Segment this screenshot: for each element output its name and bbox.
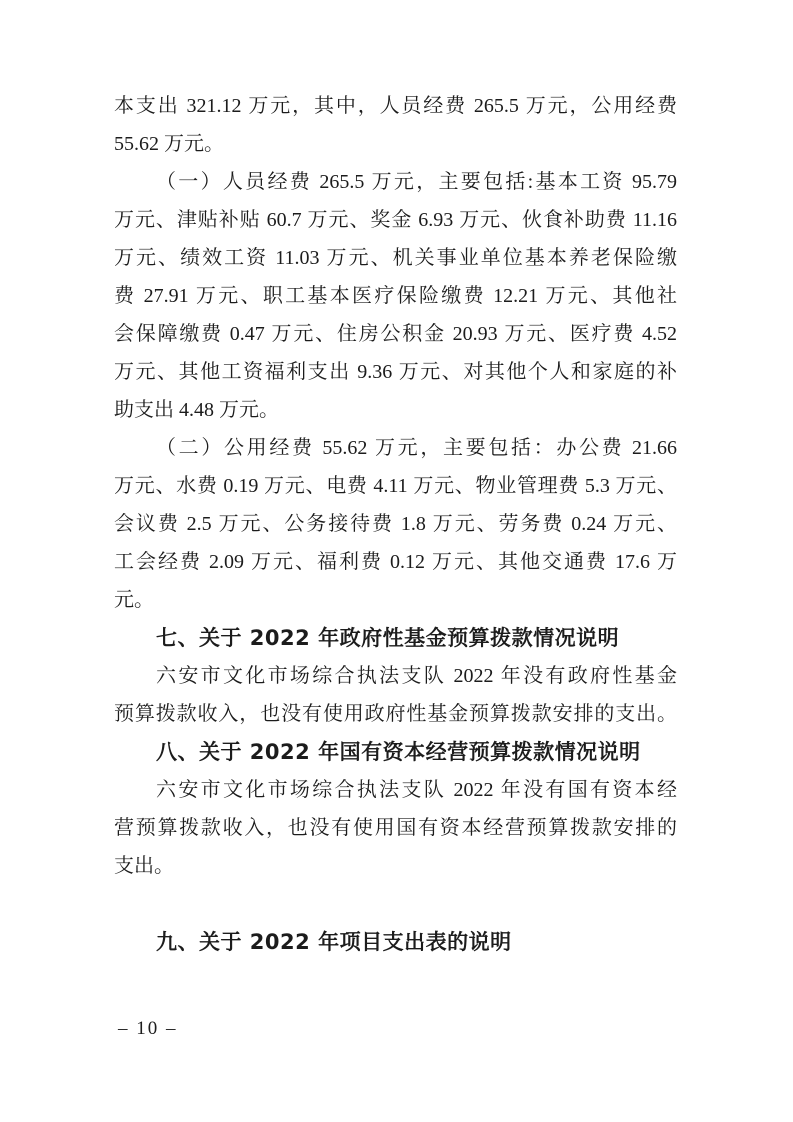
text-line: 万元、水费 0.19 万元、电费 4.11 万元、物业管理费 5.3 万元、 <box>114 467 677 505</box>
text-line: 六安市文化市场综合执法支队 2022 年没有国有资本经 <box>114 771 677 809</box>
text-line: 费 27.91 万元、职工基本医疗保险缴费 12.21 万元、其他社 <box>114 277 677 315</box>
text-line: 会保障缴费 0.47 万元、住房公积金 20.93 万元、医疗费 4.52 <box>114 315 677 353</box>
text-line: 助支出 4.48 万元。 <box>114 391 677 429</box>
text-line: 55.62 万元。 <box>114 125 677 163</box>
text-line: 万元、其他工资福利支出 9.36 万元、对其他个人和家庭的补 <box>114 353 677 391</box>
text-line: 营预算拨款收入，也没有使用国有资本经营预算拨款安排的 <box>114 809 677 847</box>
text-line: 六安市文化市场综合执法支队 2022 年没有政府性基金 <box>114 657 677 695</box>
text-line: 万元、津贴补贴 60.7 万元、奖金 6.93 万元、伙食补助费 11.16 <box>114 201 677 239</box>
text-line: 八、关于 2022 年国有资本经营预算拨款情况说明 <box>114 733 677 771</box>
text-line: 九、关于 2022 年项目支出表的说明 <box>114 923 677 961</box>
document-body: 本支出 321.12 万元，其中，人员经费 265.5 万元，公用经费55.62… <box>114 87 677 961</box>
text-line: 七、关于 2022 年政府性基金预算拨款情况说明 <box>114 619 677 657</box>
text-line: 工会经费 2.09 万元、福利费 0.12 万元、其他交通费 17.6 万 <box>114 543 677 581</box>
text-line: 万元、绩效工资 11.03 万元、机关事业单位基本养老保险缴 <box>114 239 677 277</box>
text-line: （二）公用经费 55.62 万元，主要包括：办公费 21.66 <box>114 429 677 467</box>
text-line: 本支出 321.12 万元，其中，人员经费 265.5 万元，公用经费 <box>114 87 677 125</box>
text-line: （一）人员经费 265.5 万元，主要包括:基本工资 95.79 <box>114 163 677 201</box>
page-number: – 10 – <box>118 1016 178 1042</box>
text-line: 支出。 <box>114 847 677 885</box>
text-line: 预算拨款收入，也没有使用政府性基金预算拨款安排的支出。 <box>114 695 677 733</box>
text-line: 元。 <box>114 581 677 619</box>
text-line: 会议费 2.5 万元、公务接待费 1.8 万元、劳务费 0.24 万元、 <box>114 505 677 543</box>
document-page: 本支出 321.12 万元，其中，人员经费 265.5 万元，公用经费55.62… <box>0 0 793 1122</box>
